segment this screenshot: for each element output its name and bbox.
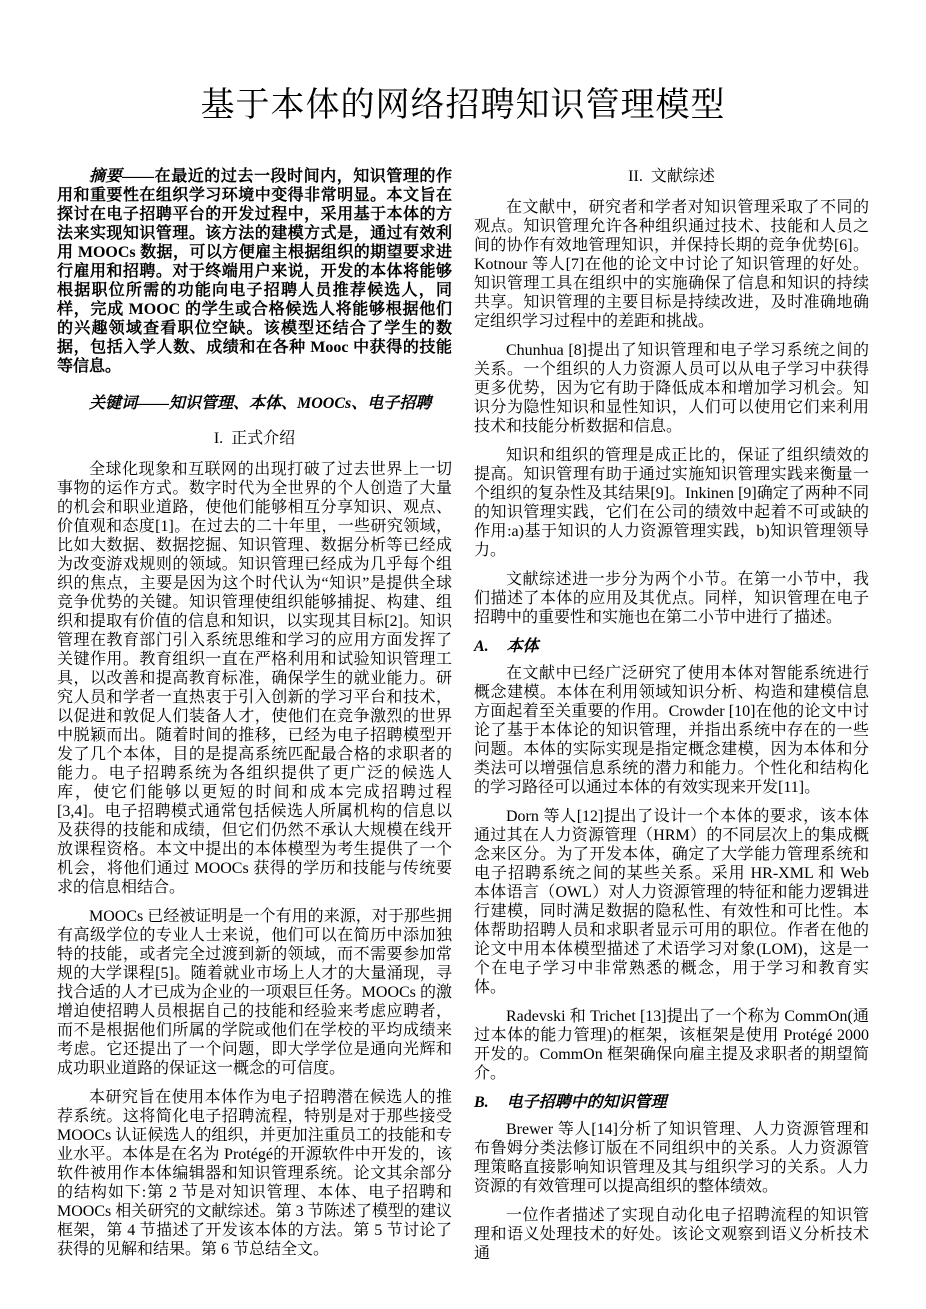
subsection-heading-ontology: A.本体 — [474, 637, 869, 656]
section-title: 文献综述 — [651, 168, 715, 185]
subsection-number: A. — [474, 638, 489, 655]
body-paragraph: 本研究旨在使用本体作为电子招聘潜在候选人的推荐系统。这将简化电子招聘流程，特别是… — [57, 1088, 452, 1259]
body-paragraph: 知识和组织的管理是成正比的，保证了组织绩效的提高。知识管理有助于通过实施知识管理… — [474, 446, 869, 560]
paper-page: 基于本体的网络招聘知识管理模型 摘要——在最近的过去一段时间内，知识管理的作用和… — [0, 0, 926, 1309]
body-paragraph: 全球化现象和互联网的出现打破了过去世界上一切事物的运作方式。数字时代为全世界的个… — [57, 460, 452, 897]
body-paragraph: Chunhua [8]提出了知识管理和电子学习系统之间的关系。一个组织的人力资源… — [474, 341, 869, 436]
body-paragraph: Brewer 等人[14]分析了知识管理、人力资源管理和布鲁姆分类法修订版在不同… — [474, 1120, 869, 1196]
left-column: 摘要——在最近的过去一段时间内，知识管理的作用和重要性在组织学习环境中变得非常明… — [57, 167, 452, 1269]
body-paragraph: MOOCs 已经被证明是一个有用的来源，对于那些拥有高级学位的专业人士来说，他们… — [57, 907, 452, 1078]
subsection-number: B. — [474, 1094, 489, 1111]
right-column: II.文献综述 在文献中，研究者和学者对知识管理采取了不同的观点。知识管理允许各… — [474, 167, 869, 1273]
abstract-text: 在最近的过去一段时间内，知识管理的作用和重要性在组织学习环境中变得非常明显。本文… — [57, 168, 452, 375]
body-paragraph: Radevski 和 Trichet [13]提出了一个称为 CommOn(通过… — [474, 1007, 869, 1083]
body-paragraph: Dorn 等人[12]提出了设计一个本体的要求，该本体通过其在人力资源管理（HR… — [474, 807, 869, 997]
body-paragraph: 在文献中，研究者和学者对知识管理采取了不同的观点。知识管理允许各种组织通过技术、… — [474, 198, 869, 331]
body-paragraph: 文献综述进一步分为两个小节。在第一小节中，我们描述了本体的应用及其优点。同样，知… — [474, 570, 869, 627]
section-title: 正式介绍 — [231, 430, 295, 447]
subsection-title: 本体 — [507, 638, 539, 655]
keywords-label: 关键词—— — [89, 395, 169, 412]
body-paragraph: 在文献中已经广泛研究了使用本体对智能系统进行概念建模。本体在利用领域知识分析、构… — [474, 664, 869, 797]
keywords-text: 知识管理、本体、MOOCs、电子招聘 — [169, 395, 431, 412]
section-heading-literature-review: II.文献综述 — [474, 167, 869, 186]
keywords-paragraph: 关键词——知识管理、本体、MOOCs、电子招聘 — [57, 394, 452, 413]
paper-title: 基于本体的网络招聘知识管理模型 — [57, 86, 869, 127]
abstract-paragraph: 摘要——在最近的过去一段时间内，知识管理的作用和重要性在组织学习环境中变得非常明… — [57, 167, 452, 376]
abstract-label: 摘要—— — [89, 168, 154, 185]
section-heading-introduction: I.正式介绍 — [57, 429, 452, 448]
two-column-layout: 摘要——在最近的过去一段时间内，知识管理的作用和重要性在组织学习环境中变得非常明… — [57, 167, 869, 1273]
subsection-title: 电子招聘中的知识管理 — [507, 1094, 667, 1111]
section-number: I. — [214, 430, 223, 447]
body-paragraph: 一位作者描述了实现自动化电子招聘流程的知识管理和语义处理技术的好处。该论文观察到… — [474, 1206, 869, 1263]
section-number: II. — [628, 168, 643, 185]
subsection-heading-km-in-erecruitment: B.电子招聘中的知识管理 — [474, 1093, 869, 1112]
